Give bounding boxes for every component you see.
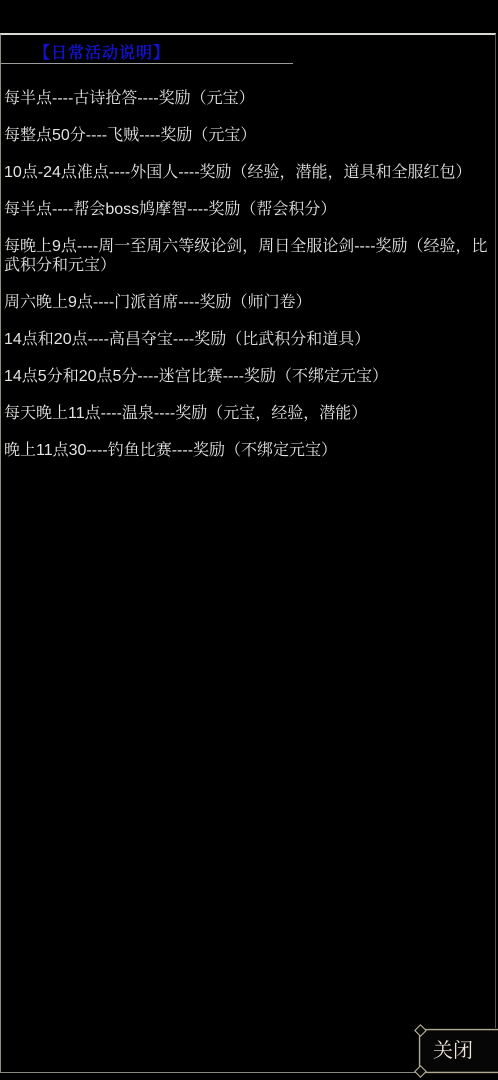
daily-activity-panel: 【日常活动说明】 每半点----古诗抢答----奖励（元宝） 每整点50分---…	[0, 33, 496, 1073]
activity-line-6: 周六晚上9点----门派首席----奖励（师门卷）	[4, 293, 494, 312]
game-screen: 【日常活动说明】 每半点----古诗抢答----奖励（元宝） 每整点50分---…	[0, 0, 498, 1080]
activity-list: 每半点----古诗抢答----奖励（元宝） 每整点50分----飞贼----奖励…	[4, 89, 494, 478]
activity-line-4: 每半点----帮会boss鸠摩智----奖励（帮会积分）	[4, 200, 494, 219]
activity-line-1: 每半点----古诗抢答----奖励（元宝）	[4, 89, 494, 108]
title-underline-divider	[1, 63, 293, 64]
activity-line-8: 14点5分和20点5分----迷宫比赛----奖励（不绑定元宝）	[4, 367, 494, 386]
activity-line-10: 晚上11点30----钓鱼比赛----奖励（不绑定元宝）	[4, 441, 494, 460]
close-button[interactable]: 关闭	[419, 1029, 498, 1073]
activity-line-9: 每天晚上11点----温泉----奖励（元宝，经验，潜能）	[4, 404, 494, 423]
activity-line-2: 每整点50分----飞贼----奖励（元宝）	[4, 126, 494, 145]
activity-line-3: 10点-24点准点----外国人----奖励（经验，潜能，道具和全服红包）	[4, 163, 494, 182]
activity-line-5: 每晚上9点----周一至周六等级论剑，周日全服论剑----奖励（经验，比武积分和…	[4, 237, 494, 275]
activity-line-7: 14点和20点----高昌夺宝----奖励（比武积分和道具）	[4, 330, 494, 349]
panel-title: 【日常活动说明】	[34, 40, 170, 63]
close-button-label: 关闭	[433, 1040, 473, 1062]
